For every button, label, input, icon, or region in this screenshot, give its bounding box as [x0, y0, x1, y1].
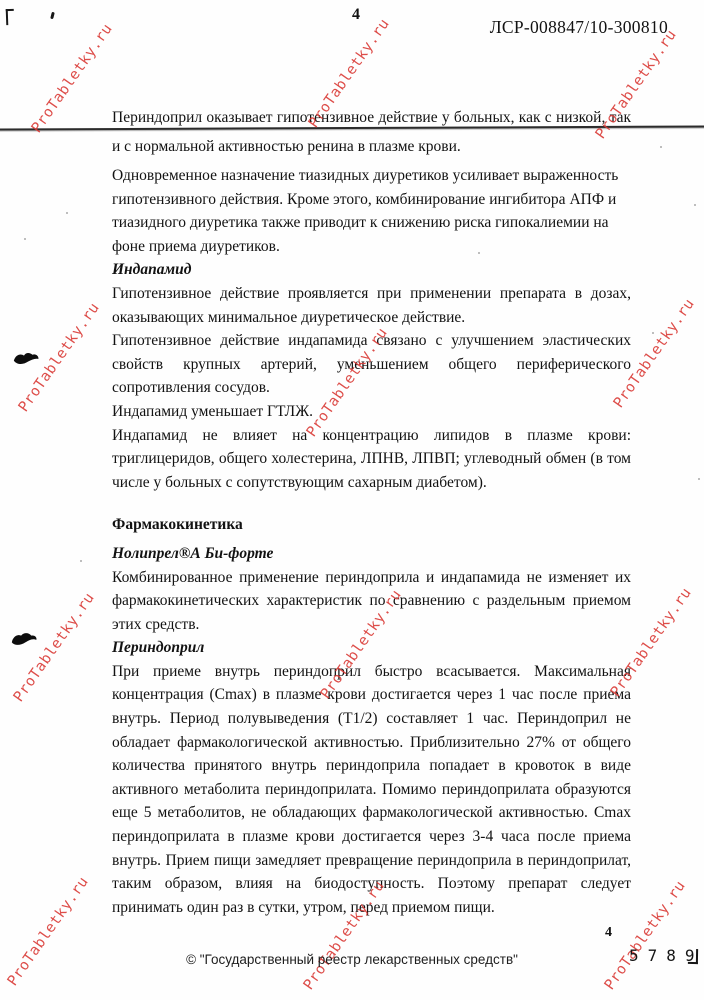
speck [66, 212, 68, 214]
page-number-top: 4 [332, 6, 380, 24]
registration-number: ЛСР-008847/10-300810 [490, 17, 668, 38]
page-number-bottom: 4 [605, 925, 612, 941]
speck [660, 146, 662, 148]
speck [160, 906, 162, 908]
paragraph: Гипотензивное действие проявляется при п… [112, 282, 631, 329]
ink-speck [6, 9, 15, 25]
section-heading: Нолипрел®А Би-форте [112, 542, 631, 566]
paragraph: Индапамид не влияет на концентрацию липи… [112, 424, 631, 495]
document-body: Периндоприл оказывает гипотензивное дейс… [112, 104, 631, 919]
paragraph: Индапамид уменьшает ГТЛЖ. [112, 400, 631, 424]
speck [620, 864, 622, 866]
ink-speck [50, 12, 55, 20]
speck [698, 478, 700, 480]
speck [652, 332, 654, 334]
speck [24, 238, 26, 240]
section-heading: Индапамид [112, 258, 631, 282]
paragraph: Одновременное назначение тиазидных диуре… [112, 164, 631, 258]
speck [478, 252, 480, 254]
paragraph: Периндоприл оказывает гипотензивное дейс… [112, 104, 631, 161]
ink-blot [11, 630, 38, 648]
copyright-line: © "Государственный реестр лекарственных … [0, 952, 704, 967]
watermark-protabletky: ProTabletky.ru [5, 872, 95, 990]
speck [694, 204, 696, 206]
scanned-document-page: 4 ЛСР-008847/10-300810 Периндоприл оказы… [0, 0, 704, 1000]
watermark-protabletky: ProTabletky.ru [29, 19, 119, 137]
speck [80, 560, 82, 562]
ink-blot [13, 350, 40, 368]
section-heading: Фармакокинетика [112, 513, 631, 537]
